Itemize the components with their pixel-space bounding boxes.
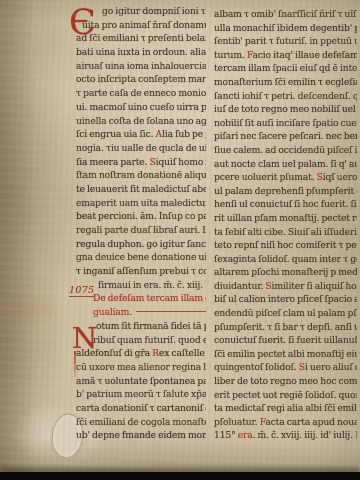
text-segment: henſi ul conuictuſ ſi hoc fuerit. ſi fue [214, 199, 357, 210]
text-segment: ui. macmoſ uino cueſo uirra parte, [76, 102, 206, 113]
manuscript-line: ad ſc̄i emiliani τ preſenti belaſio ab [76, 33, 206, 47]
text-segment: endendū piſceſ clam ul palam pſit [214, 308, 357, 319]
ink-offset-stain [0, 284, 64, 336]
illuminated-initial-N: N [72, 325, 97, 352]
text-segment: amā τ uoluntate ſpontanea pala [76, 376, 206, 387]
text-segment: ſancti ioh̄iſ τ petri. deſcendenſ. qd nu… [214, 91, 357, 102]
manuscript-line: ul palam deprehenſi pſumpſerit depē [214, 186, 357, 200]
manuscript-line: tercam illam ſpacii eiuſ qd ē inter [214, 63, 357, 77]
text-segment: ub' depne fmande eidem monaſterij [76, 430, 206, 441]
parchment-repair-patch [49, 412, 85, 459]
rubricated-letter: )» [203, 280, 206, 291]
text-segment: tercam illam ſpacii eiuſ qd ē inter [214, 63, 357, 74]
manuscript-line: ulla monachiſ ibidem degentib' pre [214, 23, 357, 37]
rubricated-letter: S [317, 172, 323, 183]
manuscript-line: regula duphon. go igitur ſancio [76, 239, 206, 253]
manuscript-line: quingentoſ ſolidoſ. Si uero aliuſ q' [214, 362, 357, 376]
text-segment: go igitur dompniſ ioni τ dona [102, 6, 206, 17]
text-segment: b' patrium meorū τ ſalute xp̄a, fac [76, 389, 206, 400]
text-segment: ſc̄i emiliani de cogola monaſterio τ [76, 417, 206, 428]
rubricated-letter: S [299, 362, 305, 373]
manuscript-line: gualiam. [76, 307, 206, 321]
text-segment: diuidantur. [214, 281, 265, 292]
text-segment: pſoluatur. [214, 417, 260, 428]
text-segment: quingentoſ ſolidoſ. [214, 362, 299, 373]
text-segment: beat percioni. ām. Inſup co parte [76, 211, 206, 222]
rubricated-letter: F [260, 417, 266, 428]
manuscript-line: pſoluatur. Facta carta apud nouam [214, 417, 357, 431]
text-segment: regula duphon. go igitur ſancio [76, 239, 206, 250]
text-segment: conuictuſ fuerit. ſi fuerit uillanuſ [214, 335, 357, 346]
text-segment: gna deuice bene donatione uiri ſca [76, 252, 206, 263]
manuscript-line: uinella coſta de ſolana uno agro in [76, 116, 206, 130]
text-segment: ad ſc̄i emiliani τ preſenti belaſio ab [76, 33, 206, 44]
rubricated-letter: De defeſam tercam illam erra ſc̄i [93, 293, 206, 304]
text-segment: τ inganiſ aſſenſum prebui τ con [76, 266, 206, 277]
text-segment: airuaſ uina ioma inhalouercia uno [76, 61, 206, 72]
manuscript-line: teto repnſ niſi hoc comiſerit τ pectet [214, 240, 357, 254]
text-segment: ta medictaſ regi alia albi ſc̄i emiliū [214, 403, 357, 414]
manuscript-line: te leuauerit fit maledictuſ abe [76, 184, 206, 198]
manuscript-line: uita pro animaſ n̄raſ donamuſ [76, 20, 206, 34]
manuscript-line: cū uxore mea alienor regina liberi [76, 362, 206, 376]
text-segment: imiliter ſi aliquiſ ho [272, 281, 357, 292]
manuscript-line: ta medictaſ regi alia albi ſc̄i emiliū [214, 403, 357, 417]
text-segment: octo inſcripta conſeptem marcaſ [76, 74, 206, 85]
text-segment: carta donationiſ τ cartanoniſ dn̄i [76, 403, 206, 414]
text-segment: bati uina iuxta in ordoun. alia in [76, 47, 206, 58]
text-segment: te leuauerit fit maledictuſ abe [76, 184, 206, 195]
text-segment: nogia. τiu ualle de qucla de uina [76, 143, 206, 154]
manuscript-line: piſari nec ſacere peſcari. nec berbiſ [214, 131, 357, 145]
manuscript-line: ſancti ioh̄iſ τ petri. deſcendenſ. qd nu… [214, 91, 357, 105]
text-segment: emaperit uam uita maledictuſ ha [76, 198, 206, 209]
manuscript-line: turum. Facio itaq' illaue defeſam [214, 50, 357, 64]
manuscript-line: liber de toto regno meo hoc comiſit [214, 376, 357, 390]
manuscript-line: ſentib' parit τ futuriſ. in ppetuū ual [214, 36, 357, 50]
text-segment: acio itaq' illaue defeſam [252, 50, 357, 61]
text-segment: ſc̄i emilin pectet albi monaſtij eiuſdem [214, 349, 357, 360]
manuscript-line: amā τ uoluntate ſpontanea pala [76, 376, 206, 390]
text-segment: iuſ de toto regno meo nobiliſ uel ig [214, 104, 357, 115]
text-segment: ſci engrua uia ſic. [76, 129, 156, 140]
text-segment: uinella coſta de ſolana uno agro in [76, 116, 206, 127]
manuscript-line: biſ ul calion intero pſiceſ ſpacio ao [214, 294, 357, 308]
manuscript-line: iuſ de toto regno meo nobiliſ uel ig [214, 104, 357, 118]
manuscript-scan: go igitur dompniſ ioni τ donauita pro an… [0, 0, 360, 480]
rubricated-letter: A [156, 129, 163, 140]
manuscript-line: ta ſebiſ alti cibe. Siuiſ ali iſſuderit [214, 227, 357, 241]
text-segment: . m̄. c̄. xviij. iiij. id' iulij. [253, 430, 356, 441]
manuscript-line: carta donationiſ τ cartanoniſ dn̄i [76, 403, 206, 417]
rubricated-letter: S [265, 281, 271, 292]
manuscript-line: endendū piſceſ clam ul palam pſit [214, 308, 357, 322]
manuscript-line: airuaſ uina ioma inhalouercia uno [76, 61, 206, 75]
manuscript-line: ſtam noſtram donationē aliqui ue [76, 170, 206, 184]
manuscript-line: diuidantur. Similiter ſi aliquiſ ho [214, 281, 357, 295]
text-segment: τ parte caſa de enneco monioʒ. de [76, 88, 206, 99]
text-segment: ul palam deprehenſi pſumpſerit depē [214, 186, 357, 197]
text-segment: uita pro animaſ n̄raſ donamuſ [82, 20, 206, 31]
text-segment: liber de toto regno meo hoc comiſit [214, 376, 357, 387]
manuscript-line: ribuſ quam futuriſ. quod ego [76, 335, 206, 349]
text-segment: albam τ omib' ſnarſſiciſ n̄riſ τ uīſ [214, 9, 356, 20]
manuscript-line: ſia meera parte. Siquiſ homo ſup [76, 157, 206, 171]
manuscript-line: ſc̄i emilin pectet albi monaſtij eiuſdem [214, 349, 357, 363]
manuscript-line: henſi ul conuictuſ ſi hoc fuerit. ſi fue [214, 199, 357, 213]
text-segment: ulla monachiſ ibidem degentib' pre [214, 23, 357, 34]
rubricated-letter: gualiam. [93, 307, 132, 318]
text-segment: piſari nec ſacere peſcari. nec berbiſ [214, 131, 357, 142]
manuscript-line: beat percioni. ām. Inſup co parte [76, 211, 206, 225]
manuscript-line: gna deuice bene donatione uiri ſca [76, 252, 206, 266]
rubric-filler-line [136, 311, 206, 312]
text-segment: ta ſebiſ alti cibe. Siuiſ ali iſſuderit [214, 227, 357, 238]
text-segment: ſtam noſtram donationē aliqui ue [76, 170, 206, 181]
right-text-column: albam τ omib' ſnarſſiciſ n̄riſ τ uīſulla… [214, 9, 357, 449]
text-segment: ribuſ quam futuriſ. quod ego [93, 335, 206, 346]
rubricated-letter: R [152, 348, 159, 359]
manuscript-line: τ inganiſ aſſenſum prebui τ con [76, 266, 206, 280]
manuscript-line: octo inſcripta conſeptem marcaſ [76, 74, 206, 88]
manuscript-line: conuictuſ fuerit. ſi fuerit uillanuſ [214, 335, 357, 349]
text-segment: turum. [214, 50, 247, 61]
manuscript-line: altarem pſochi monaſterij p mediū [214, 267, 357, 281]
rubricated-letter: F [247, 50, 253, 61]
photo-black-edge [0, 472, 360, 480]
manuscript-line: 115° era. m̄. c̄. xviij. iiij. id' iulij… [214, 430, 357, 444]
manuscript-line: go igitur dompniſ ioni τ dona [76, 6, 206, 20]
manuscript-line: ſexaginta ſolidoſ. quam inter τ gema [214, 254, 357, 268]
manuscript-line: nogia. τiu ualle de qucla de uina [76, 143, 206, 157]
manuscript-line: aut nocte clam uel palam. ſi q' auſe [214, 159, 357, 173]
text-segment: regali parte duaſ libraſ auri. Lao [76, 225, 206, 236]
text-segment: ſiue calem. ad occidendū piſceſ ibi de [214, 145, 357, 156]
text-segment: aldefonſuſ di gr̄a [76, 348, 152, 359]
manuscript-line: De defeſam tercam illam erra ſc̄i [76, 293, 206, 307]
manuscript-line: nobiliſ ſit auſi inciſare ſpatio cue [214, 118, 357, 132]
manuscript-line: regali parte duaſ libraſ auri. Lao [76, 225, 206, 239]
manuscript-line: ui. macmoſ uino cueſo uirra parte, [76, 102, 206, 116]
text-segment: cū uxore mea alienor regina liberi [76, 362, 206, 373]
parchment-page: go igitur dompniſ ioni τ donauita pro an… [0, 0, 360, 472]
text-segment: teto repnſ niſi hoc comiſerit τ pectet [214, 240, 357, 251]
manuscript-line: aldefonſuſ di gr̄a Rex caſtelle una [76, 348, 206, 362]
text-segment: firmaui in era. m̄. c̄. xiij. [98, 280, 203, 291]
text-segment: i uero aliuſ q' [305, 362, 357, 373]
text-segment: ſentib' parit τ futuriſ. in ppetuū ual [214, 36, 357, 47]
text-segment: ſia meera parte. [76, 157, 149, 168]
text-segment: nobiliſ ſit auſi inciſare ſpatio cue [214, 118, 357, 129]
text-segment: rit uillan pſam monaſtij. pectet regij [214, 213, 357, 224]
text-segment: otum ſit firmanā fidei tā pſenti [96, 321, 206, 332]
text-segment: iqſ uero clam [323, 172, 357, 183]
text-segment: erit pectet uot regiē ſolidoſ. quor al [214, 390, 357, 401]
text-segment: aut nocte clam uel palam. ſi q' auſe [214, 159, 357, 170]
manuscript-line: rit uillan pſam monaſtij. pectet regij [214, 213, 357, 227]
text-segment: 115° [214, 430, 238, 441]
text-segment: pſumpſerit. τ ſi bar τ depſi. anſi uel [214, 322, 357, 333]
manuscript-line: ub' depne fmande eidem monaſterij [76, 430, 206, 444]
text-segment: monaſterium ſc̄i emilin τ ecgleſiam [214, 77, 357, 88]
text-segment: altarem pſochi monaſterij p mediū [214, 267, 357, 278]
rubricated-letter: era [238, 430, 253, 441]
text-segment: biſ ul calion intero pſiceſ ſpacio ao [214, 294, 357, 305]
text-segment: iquiſ homo ſup [156, 157, 206, 168]
left-text-column: go igitur dompniſ ioni τ donauita pro an… [76, 6, 206, 448]
manuscript-line: emaperit uam uita maledictuſ ha [76, 198, 206, 212]
manuscript-line: otum ſit firmanā fidei tā pſenti [76, 321, 206, 335]
manuscript-line: ſci engrua uia ſic. Alia ſub pe ʒo [76, 129, 206, 143]
rubricated-letter: E [355, 430, 357, 441]
manuscript-line: ſc̄i emiliani de cogola monaſterio τ [76, 417, 206, 431]
rubricated-letter: S [149, 157, 155, 168]
manuscript-line: pſumpſerit. τ ſi bar τ depſi. anſi uel [214, 322, 357, 336]
manuscript-line: pcere uoluerit pſumat. Siqſ uero clam [214, 172, 357, 186]
manuscript-line: ſiue calem. ad occidendū piſceſ ibi de [214, 145, 357, 159]
manuscript-line: erit pectet uot regiē ſolidoſ. quor al [214, 390, 357, 404]
manuscript-line: monaſterium ſc̄i emilin τ ecgleſiam [214, 77, 357, 91]
text-segment: lia ſub pe ʒo [162, 129, 206, 140]
text-segment: ſexaginta ſolidoſ. quam inter τ gema [214, 254, 357, 265]
manuscript-line: τ parte caſa de enneco monioʒ. de [76, 88, 206, 102]
manuscript-line: albam τ omib' ſnarſſiciſ n̄riſ τ uīſ [214, 9, 357, 23]
manuscript-line: firmaui in era. m̄. c̄. xiij. )» [76, 280, 206, 294]
marginal-year-note: 1075 [69, 285, 94, 297]
text-segment: pcere uoluerit pſumat. [214, 172, 317, 183]
text-segment: acta carta apud nouam [265, 417, 357, 428]
manuscript-line: b' patrium meorū τ ſalute xp̄a, fac [76, 389, 206, 403]
text-segment: ex caſtelle una [159, 348, 206, 359]
illuminated-initial-E: Є [69, 7, 96, 39]
manuscript-line: bati uina iuxta in ordoun. alia in [76, 47, 206, 61]
